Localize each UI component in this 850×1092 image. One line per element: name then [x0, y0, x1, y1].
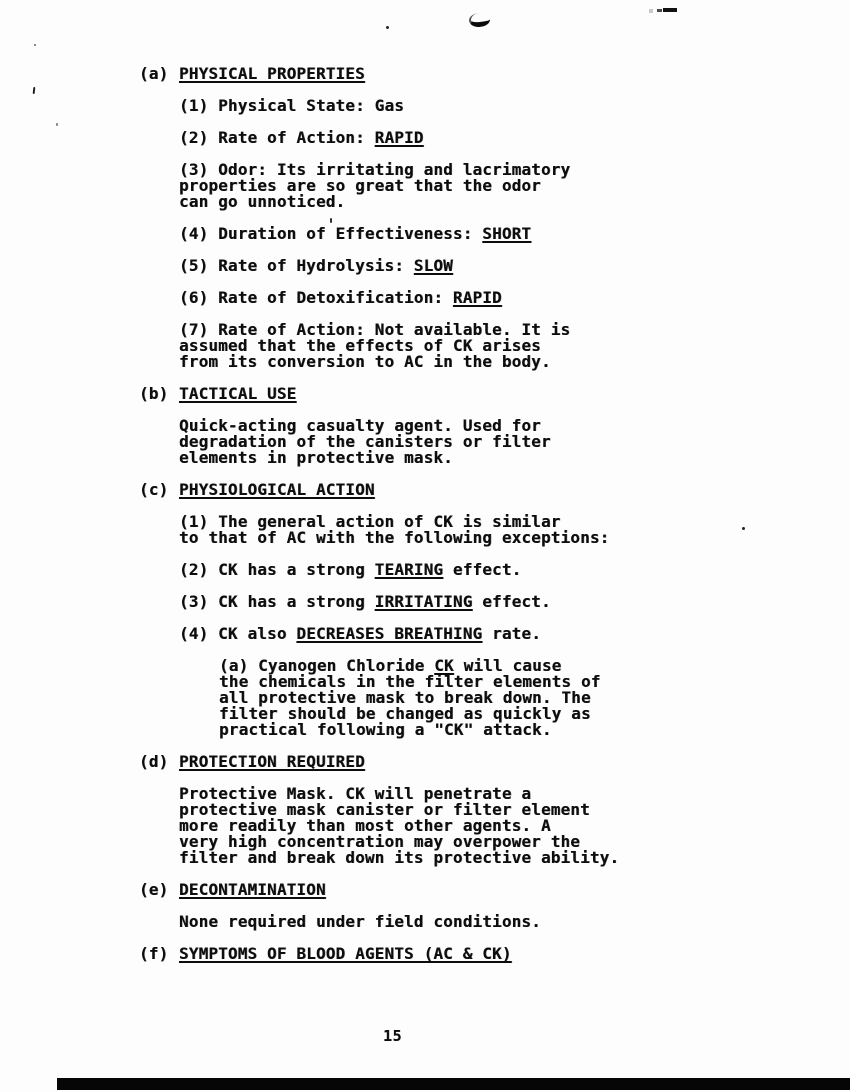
underlined-text: RAPID — [453, 288, 502, 307]
paragraph: (4) Duration of Effectiveness: SHORT — [179, 226, 699, 242]
scan-speck — [386, 26, 389, 29]
paragraph: (5) Rate of Hydrolysis: SLOW — [179, 258, 699, 274]
section-title: DECONTAMINATION — [179, 880, 326, 899]
paragraph: Quick-acting casualty agent. Used fordeg… — [179, 418, 699, 466]
section-heading-f: (f)SYMPTOMS OF BLOOD AGENTS (AC & CK) — [139, 946, 699, 962]
scan-speck — [742, 527, 745, 530]
paragraph: (2) CK has a strong TEARING effect. — [179, 562, 699, 578]
page-number: 15 — [383, 1029, 402, 1044]
text-segment: to that of AC with the following excepti… — [179, 528, 609, 547]
text-segment: (3) CK has a strong — [179, 592, 375, 611]
paragraph: None required under field conditions. — [179, 914, 699, 930]
paragraph: (6) Rate of Detoxification: RAPID — [179, 290, 699, 306]
section-title: PHYSICAL PROPERTIES — [179, 64, 365, 83]
section-heading-c: (c)PHYSIOLOGICAL ACTION — [139, 482, 699, 498]
section-label: (e) — [139, 882, 179, 898]
text-line: (1) Physical State: Gas — [179, 98, 699, 114]
section-label: (a) — [139, 66, 179, 82]
section-label: (b) — [139, 386, 179, 402]
scanned-document-page: (a)PHYSICAL PROPERTIES(1) Physical State… — [0, 0, 850, 1092]
scan-speck — [649, 9, 653, 13]
text-segment: (1) Physical State: Gas — [179, 96, 404, 115]
underlined-text: SHORT — [482, 224, 531, 243]
paragraph: (7) Rate of Action: Not available. It is… — [179, 322, 699, 370]
text-segment: (5) Rate of Hydrolysis: — [179, 256, 414, 275]
text-segment: rate. — [482, 624, 541, 643]
text-line: (2) Rate of Action: RAPID — [179, 130, 699, 146]
document-body: (a)PHYSICAL PROPERTIES(1) Physical State… — [139, 66, 699, 978]
section-heading-e: (e)DECONTAMINATION — [139, 882, 699, 898]
section-title: PROTECTION REQUIRED — [179, 752, 365, 771]
text-segment: None required under field conditions. — [179, 912, 541, 931]
section-label: (f) — [139, 946, 179, 962]
section-heading-d: (d)PROTECTION REQUIRED — [139, 754, 699, 770]
section-title: PHYSIOLOGICAL ACTION — [179, 480, 375, 499]
paragraph: Protective Mask. CK will penetrate aprot… — [179, 786, 699, 866]
scan-edge-bar — [57, 1078, 850, 1090]
text-segment: effect. — [443, 560, 521, 579]
scan-speck — [34, 44, 36, 46]
scan-speck — [56, 123, 58, 126]
paragraph: (1) The general action of CK is similart… — [179, 514, 699, 546]
underlined-text: RAPID — [375, 128, 424, 147]
scan-squiggle-mark — [469, 12, 491, 27]
text-line: elements in protective mask. — [179, 450, 699, 466]
underlined-text: DECREASES BREATHING — [296, 624, 482, 643]
text-line: (3) CK has a strong IRRITATING effect. — [179, 594, 699, 610]
underlined-text: TEARING — [375, 560, 443, 579]
text-segment: (4) CK also — [179, 624, 296, 643]
paragraph: (1) Physical State: Gas — [179, 98, 699, 114]
section-label: (d) — [139, 754, 179, 770]
section-heading-a: (a)PHYSICAL PROPERTIES — [139, 66, 699, 82]
section-heading-b: (b)TACTICAL USE — [139, 386, 699, 402]
text-segment: from its conversion to AC in the body. — [179, 352, 551, 371]
scan-speck — [33, 87, 36, 94]
text-line: to that of AC with the following excepti… — [179, 530, 699, 546]
text-segment: practical following a "CK" attack. — [219, 720, 552, 739]
text-segment: elements in protective mask. — [179, 448, 453, 467]
underlined-text: SLOW — [414, 256, 453, 275]
text-line: from its conversion to AC in the body. — [179, 354, 699, 370]
section-label: (c) — [139, 482, 179, 498]
text-line: (5) Rate of Hydrolysis: SLOW — [179, 258, 699, 274]
scan-dash-mark — [657, 9, 662, 12]
paragraph: (2) Rate of Action: RAPID — [179, 130, 699, 146]
text-line: can go unnoticed. — [179, 194, 699, 210]
paragraph: (3) CK has a strong IRRITATING effect. — [179, 594, 699, 610]
section-title: TACTICAL USE — [179, 384, 296, 403]
text-segment: (4) Duration of Effectiveness: — [179, 224, 482, 243]
text-segment: (2) CK has a strong — [179, 560, 375, 579]
paragraph: (3) Odor: Its irritating and lacrimatory… — [179, 162, 699, 210]
text-line: None required under field conditions. — [179, 914, 699, 930]
text-line: (4) CK also DECREASES BREATHING rate. — [179, 626, 699, 642]
paragraph: (4) CK also DECREASES BREATHING rate. — [179, 626, 699, 642]
section-title: SYMPTOMS OF BLOOD AGENTS (AC & CK) — [179, 944, 512, 963]
text-segment: (6) Rate of Detoxification: — [179, 288, 453, 307]
text-segment: effect. — [472, 592, 550, 611]
text-segment: filter and break down its protective abi… — [179, 848, 619, 867]
underlined-text: IRRITATING — [375, 592, 473, 611]
text-segment: (2) Rate of Action: — [179, 128, 375, 147]
text-line: (2) CK has a strong TEARING effect. — [179, 562, 699, 578]
text-line: filter and break down its protective abi… — [179, 850, 699, 866]
paragraph: (a) Cyanogen Chloride CK will causethe c… — [219, 658, 699, 738]
text-line: practical following a "CK" attack. — [219, 722, 699, 738]
text-line: (6) Rate of Detoxification: RAPID — [179, 290, 699, 306]
text-segment: can go unnoticed. — [179, 192, 345, 211]
scan-dash-mark — [663, 8, 677, 12]
text-line: (4) Duration of Effectiveness: SHORT — [179, 226, 699, 242]
